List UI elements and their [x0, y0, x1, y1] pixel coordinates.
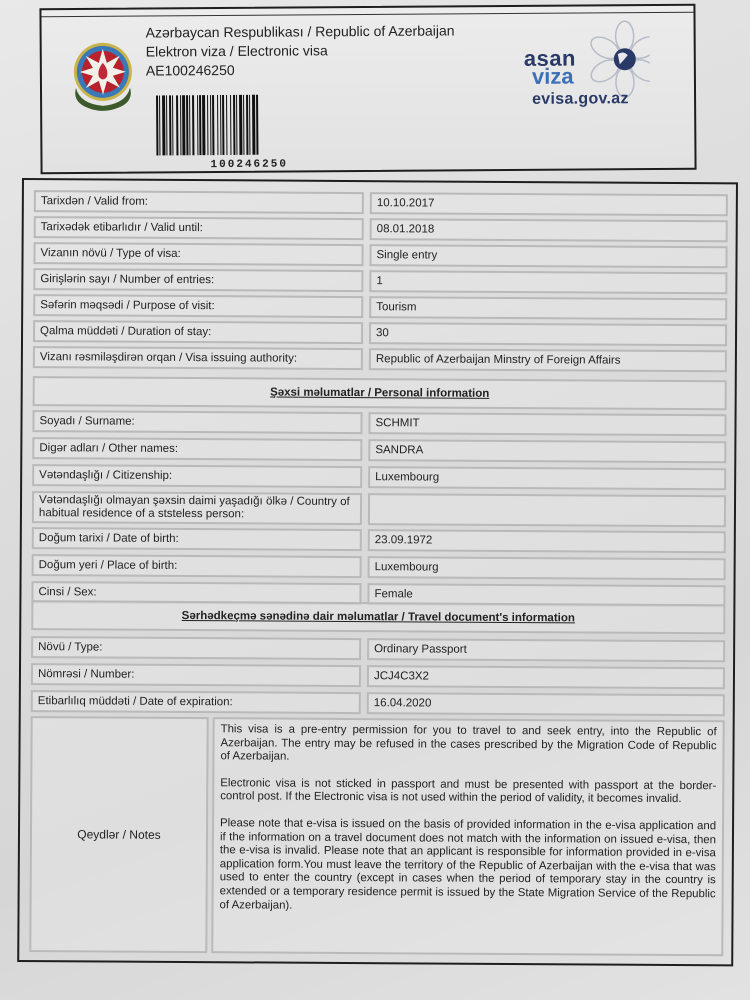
table-row: Vizanı rəsmiləşdirən orqan / Visa issuin…	[33, 346, 727, 372]
table-row: Vətəndaşlığı / Citizenship:Luxembourg	[32, 464, 726, 490]
document-type: Elektron viza / Electronic visa	[146, 40, 455, 61]
notes-paragraph: This visa is a pre-entry permission for …	[220, 723, 716, 767]
field-label: Tarixdən / Valid from:	[34, 190, 364, 214]
travel-document-heading: Sərhədkeçmə sənədinə dair məlumatlar / T…	[31, 600, 725, 634]
field-label: Doğum tarixi / Date of birth:	[32, 527, 362, 551]
table-row: Doğum tarixi / Date of birth:23.09.1972	[32, 527, 726, 553]
country-title: Azərbaycan Respublikası / Republic of Az…	[146, 21, 455, 42]
field-value: Luxembourg	[368, 466, 726, 490]
field-label: Qalma müddəti / Duration of stay:	[33, 320, 363, 344]
table-row: Girişlərin sayı / Number of entries:1	[33, 268, 727, 294]
coat-of-arms-icon	[68, 36, 139, 112]
field-label: Tarixədək etibarlıdır / Valid until:	[34, 216, 364, 240]
notes-label: Qeydlər / Notes	[29, 716, 208, 953]
barcode	[156, 94, 340, 155]
barcode-number: 100246250	[210, 159, 288, 172]
evisa-url: evisa.gov.az	[532, 90, 629, 109]
table-row: Nömrəsi / Number:JCJ4C3X2	[31, 663, 725, 689]
field-value: 10.10.2017	[370, 192, 728, 216]
field-label: Girişlərin sayı / Number of entries:	[33, 268, 363, 292]
field-label: Növü / Type:	[31, 636, 361, 660]
field-value	[368, 493, 726, 527]
table-row: Doğum yeri / Place of birth:Luxembourg	[32, 554, 726, 580]
field-value: 1	[369, 270, 727, 294]
visa-details-table: Tarixdən / Valid from:10.10.2017Tarixədə…	[17, 178, 738, 966]
table-row: Vətəndaşlığı olmayan şəxsin daimi yaşadı…	[32, 491, 726, 527]
field-value: 16.04.2020	[367, 692, 725, 716]
field-value: Tourism	[369, 296, 727, 320]
field-label: Digər adları / Other names:	[32, 437, 362, 461]
field-value: Ordinary Passport	[367, 638, 725, 662]
field-value: SANDRA	[368, 439, 726, 463]
field-label: Etibarlılıq müddəti / Date of expiration…	[31, 690, 361, 714]
field-label: Vizanın növü / Type of visa:	[33, 242, 363, 266]
field-value: 23.09.1972	[368, 529, 726, 553]
visa-header: Azərbaycan Respublikası / Republic of Az…	[39, 4, 696, 175]
visa-number: AE100246250	[146, 59, 455, 80]
field-label: Soyadı / Surname:	[32, 410, 362, 434]
field-value: 30	[369, 322, 727, 346]
personal-info-heading: Şəxsi məlumatlar / Personal information	[33, 376, 727, 410]
field-value: Republic of Azerbaijan Minstry of Foreig…	[369, 348, 727, 372]
field-label: Doğum yeri / Place of birth:	[32, 554, 362, 578]
notes-paragraph: Please note that e-visa is issued on the…	[220, 817, 717, 915]
logo-viza: viza	[532, 67, 574, 87]
table-row: Digər adları / Other names:SANDRA	[32, 437, 726, 463]
field-label: Vətəndaşlığı / Citizenship:	[32, 464, 362, 488]
field-value: 08.01.2018	[370, 218, 728, 242]
table-row: Tarixədək etibarlıdır / Valid until:08.0…	[34, 216, 728, 242]
field-value: Single entry	[369, 244, 727, 268]
field-label: Vizanı rəsmiləşdirən orqan / Visa issuin…	[33, 346, 363, 370]
notes-text: This visa is a pre-entry permission for …	[211, 717, 724, 956]
table-row: Vizanın növü / Type of visa:Single entry	[33, 242, 727, 268]
field-label: Nömrəsi / Number:	[31, 663, 361, 687]
table-row: Növü / Type:Ordinary Passport	[31, 636, 725, 662]
table-row: Tarixdən / Valid from:10.10.2017	[34, 190, 728, 216]
field-label: Səfərin məqsədi / Purpose of visit:	[33, 294, 363, 318]
notes-paragraph: Electronic visa is not sticked in passpo…	[220, 777, 716, 807]
table-row: Səfərin məqsədi / Purpose of visit:Touri…	[33, 294, 727, 320]
table-row: Soyadı / Surname:SCHMIT	[32, 410, 726, 436]
field-value: JCJ4C3X2	[367, 665, 725, 689]
field-label: Vətəndaşlığı olmayan şəxsin daimi yaşadı…	[32, 491, 362, 525]
field-value: SCHMIT	[368, 412, 726, 436]
field-value: Luxembourg	[368, 556, 726, 580]
table-row: Qalma müddəti / Duration of stay:30	[33, 320, 727, 346]
table-row: Etibarlılıq müddəti / Date of expiration…	[31, 690, 725, 716]
